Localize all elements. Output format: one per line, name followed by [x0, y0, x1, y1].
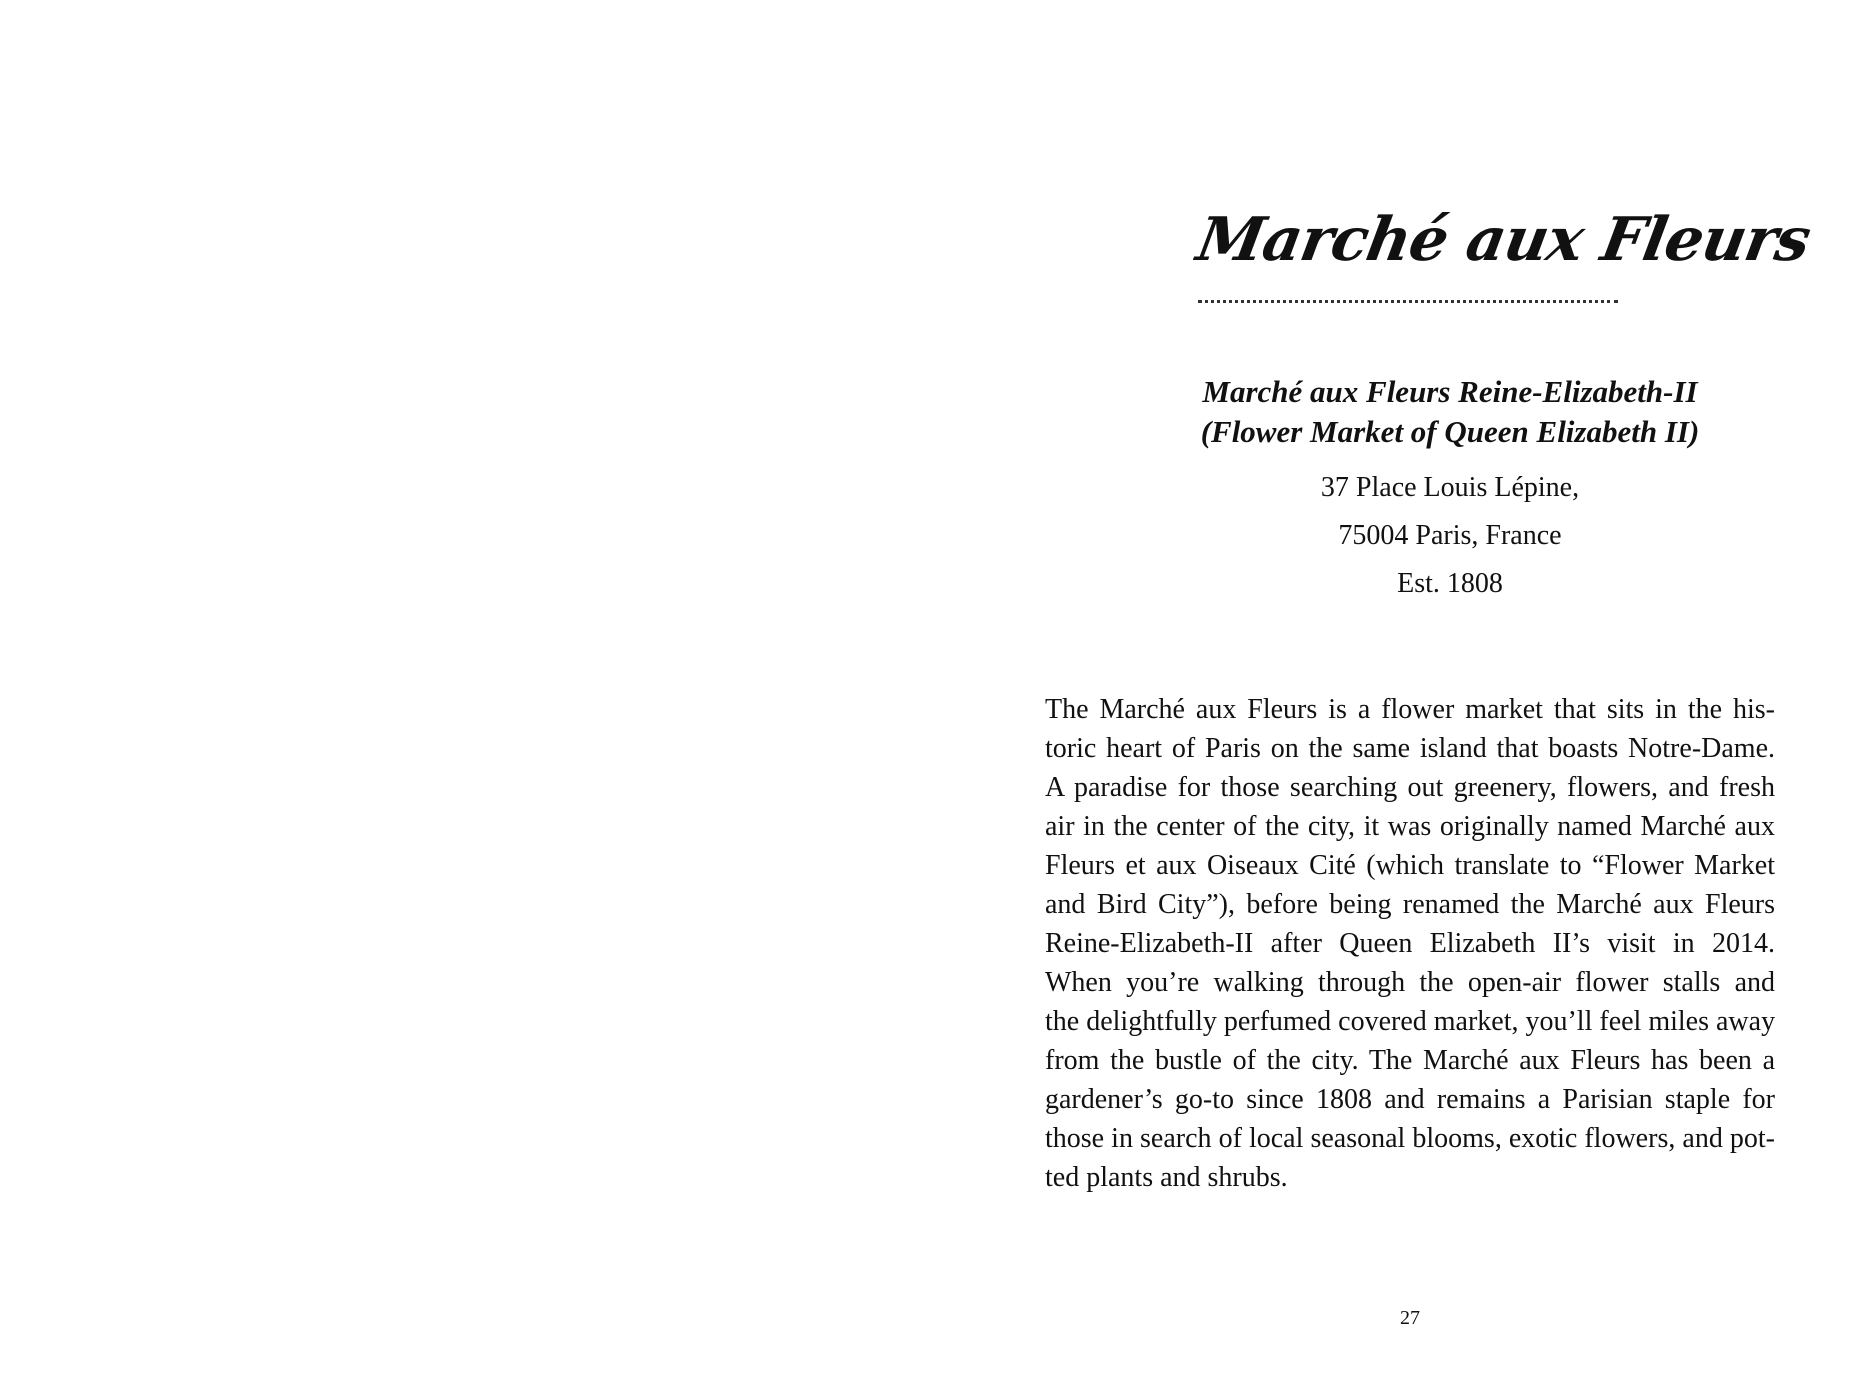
market-name-french: Marché aux Fleurs Reine-Elizabeth-II [1100, 372, 1800, 412]
market-name-heading: Marché aux Fleurs Reine-Elizabeth-II (Fl… [1100, 372, 1800, 452]
body-line: Fleurs et aux Oiseaux Cité (which transl… [1045, 846, 1775, 885]
address-street: 37 Place Louis Lépine, [1100, 464, 1800, 512]
market-name-english: (Flower Market of Queen Elizabeth II) [1100, 412, 1800, 452]
body-line: toric heart of Paris on the same island … [1045, 729, 1775, 768]
chapter-title: Marché aux Fleurs [1191, 200, 1645, 280]
address-city: 75004 Paris, France [1100, 512, 1800, 560]
body-line: Reine-Elizabeth-II after Queen Elizabeth… [1045, 924, 1775, 963]
body-paragraph: The Marché aux Fleurs is a flower market… [1045, 690, 1775, 1197]
body-line: from the bustle of the city. The Marché … [1045, 1041, 1775, 1080]
body-line: the delightfully perfumed covered market… [1045, 1002, 1775, 1041]
established-year: Est. 1808 [1100, 560, 1800, 608]
body-line: and Bird City”), before being renamed th… [1045, 885, 1775, 924]
body-line: those in search of local seasonal blooms… [1045, 1119, 1775, 1158]
body-line: The Marché aux Fleurs is a flower market… [1045, 690, 1775, 729]
dotted-divider [1198, 300, 1618, 303]
body-line: When you’re walking through the open-air… [1045, 963, 1775, 1002]
body-line: ted plants and shrubs. [1045, 1158, 1775, 1197]
address-block: 37 Place Louis Lépine, 75004 Paris, Fran… [1100, 464, 1800, 608]
body-line: gardener’s go-to since 1808 and remains … [1045, 1080, 1775, 1119]
body-line: air in the center of the city, it was or… [1045, 807, 1775, 846]
page-number: 27 [1360, 1306, 1460, 1330]
body-line: A paradise for those searching out green… [1045, 768, 1775, 807]
left-page-blank [0, 0, 933, 1400]
